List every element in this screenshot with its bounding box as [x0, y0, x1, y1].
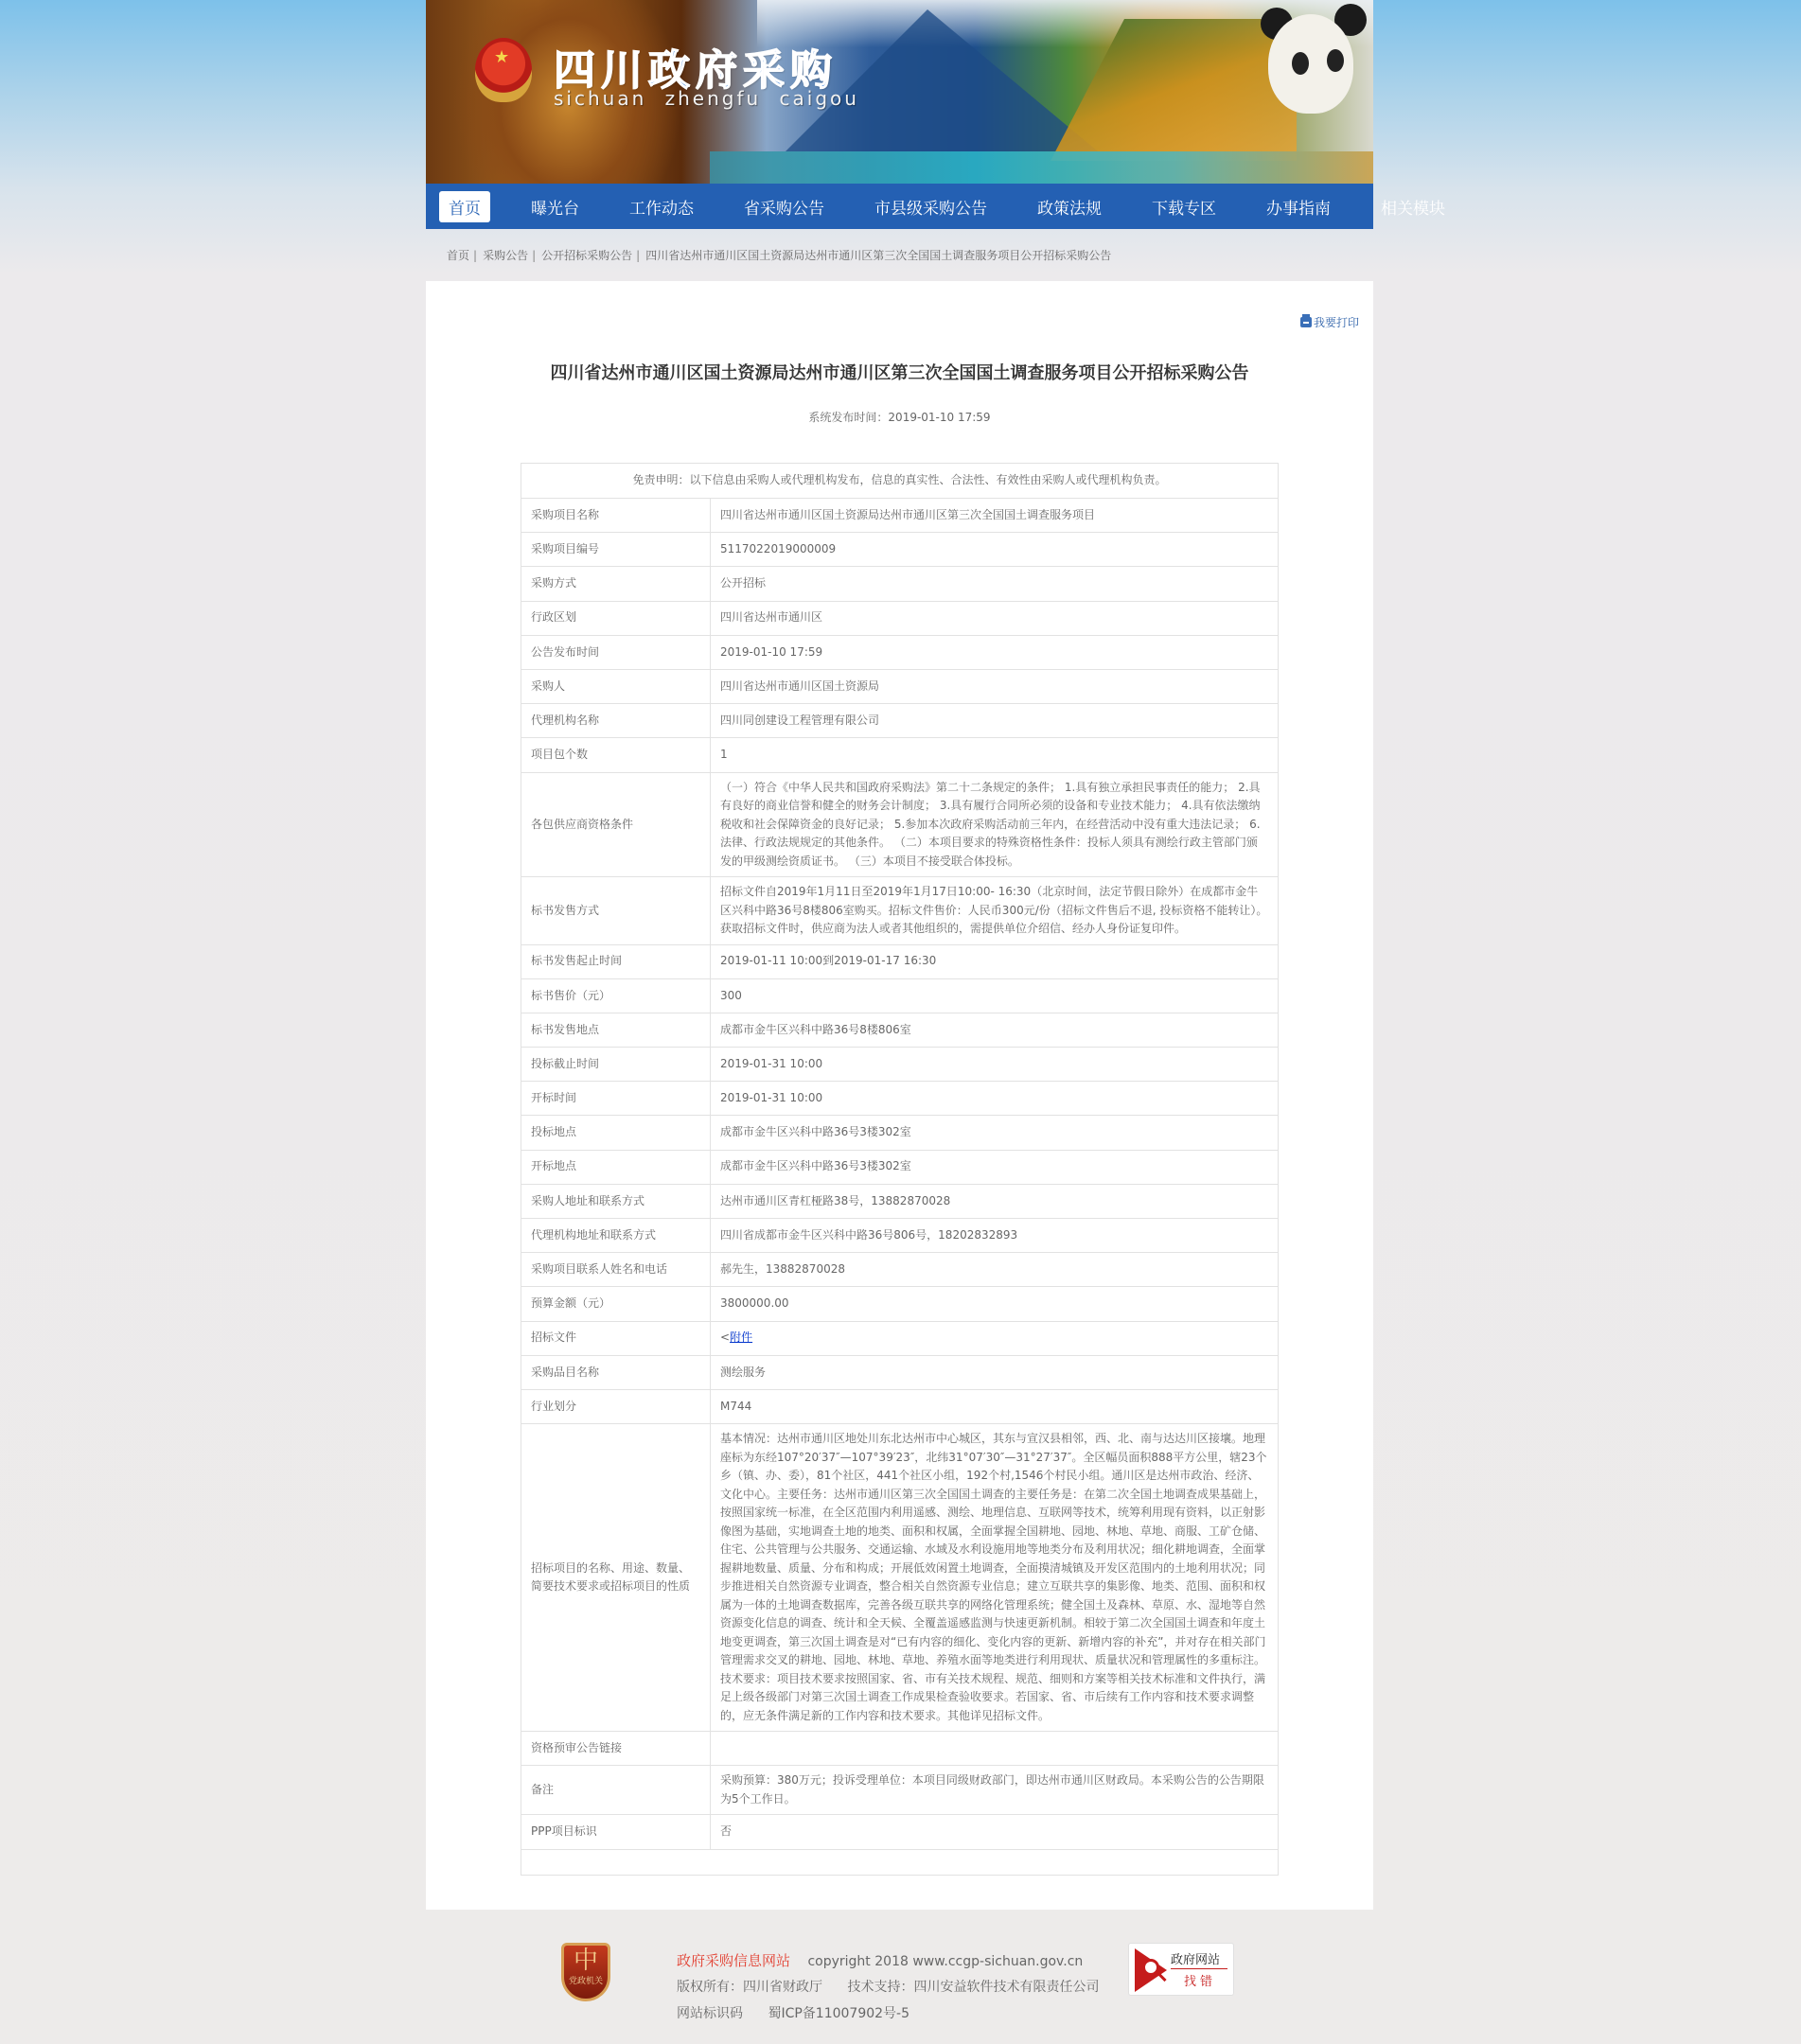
row-value: <附件 [711, 1321, 1279, 1355]
row-label: 项目包个数 [521, 738, 711, 772]
breadcrumb: 首页 | 采购公告 | 公开招标采购公告 | 四川省达州市通川区国土资源局达州市… [426, 229, 1373, 281]
page-container: ★ 四川政府采购 sichuan zhengfu caigou 首页 曝光台 工… [426, 0, 1373, 2037]
table-row: 代理机构名称四川同创建设工程管理有限公司 [521, 704, 1279, 738]
table-row: 采购人地址和联系方式达州市通川区青杠桠路38号，13882870028 [521, 1184, 1279, 1218]
table-row: 投标截止时间2019-01-31 10:00 [521, 1048, 1279, 1082]
table-row: 行政区划四川省达州市通川区 [521, 601, 1279, 635]
main-nav: 首页 曝光台 工作动态 省采购公告 市县级采购公告 政策法规 下载专区 办事指南… [426, 184, 1373, 229]
nav-item-downloads[interactable]: 下载专区 [1142, 191, 1226, 222]
row-label: 采购方式 [521, 567, 711, 601]
footer-copyright: copyright 2018 www.ccgp-sichuan.gov.cn [807, 1954, 1083, 1969]
row-value: （一）符合《中华人民共和国政府采购法》第二十二条规定的条件； 1.具有独立承担民… [711, 772, 1279, 877]
row-label: 采购项目编号 [521, 533, 711, 567]
row-label: 预算金额（元） [521, 1287, 711, 1321]
row-label: 标书售价（元） [521, 978, 711, 1013]
print-label: 我要打印 [1314, 314, 1359, 330]
row-value: 郝先生，13882870028 [711, 1253, 1279, 1287]
nav-item-related-modules[interactable]: 相关模块 [1371, 191, 1455, 222]
row-value: M744 [711, 1389, 1279, 1423]
footer-site-id: 网站标识码 [677, 2006, 743, 2021]
nav-item-home[interactable]: 首页 [439, 191, 490, 222]
national-emblem-icon: ★ [475, 38, 532, 102]
row-label: 采购项目联系人姓名和电话 [521, 1253, 711, 1287]
row-value: 四川省达州市通川区 [711, 601, 1279, 635]
breadcrumb-separator: | [473, 249, 477, 262]
panda-image [1240, 0, 1373, 142]
row-label: 开标时间 [521, 1082, 711, 1116]
table-footer-row [521, 1849, 1279, 1875]
row-value: 采购预算：380万元；投诉受理单位：本项目同级财政部门，即达州市通川区财政局。本… [711, 1766, 1279, 1815]
footer-tech-support: 技术支持：四川安益软件技术有限责任公司 [847, 1980, 1099, 1995]
row-label: 采购人地址和联系方式 [521, 1184, 711, 1218]
row-label: 标书发售起止时间 [521, 944, 711, 978]
table-row: 投标地点成都市金牛区兴科中路36号3楼302室 [521, 1116, 1279, 1150]
row-value: 1 [711, 738, 1279, 772]
breadcrumb-separator: | [636, 249, 640, 262]
row-value: 否 [711, 1815, 1279, 1849]
table-row: 项目包个数1 [521, 738, 1279, 772]
row-value: 300 [711, 978, 1279, 1013]
row-value: 基本情况：达州市通川区地处川东北达州市中心城区，其东与宣汉县相邻，西、北、南与达… [711, 1424, 1279, 1732]
row-label: 公告发布时间 [521, 635, 711, 669]
table-row: 预算金额（元）3800000.00 [521, 1287, 1279, 1321]
row-label: 开标地点 [521, 1150, 711, 1184]
row-value: 成都市金牛区兴科中路36号3楼302室 [711, 1150, 1279, 1184]
table-row: 开标地点成都市金牛区兴科中路36号3楼302室 [521, 1150, 1279, 1184]
table-row: 采购项目联系人姓名和电话郝先生，13882870028 [521, 1253, 1279, 1287]
table-row: 公告发布时间2019-01-10 17:59 [521, 635, 1279, 669]
table-row: 招标项目的名称、用途、数量、简要技术要求或招标项目的性质基本情况：达州市通川区地… [521, 1424, 1279, 1732]
row-label: 代理机构名称 [521, 704, 711, 738]
magnifier-icon [1142, 1959, 1159, 1976]
nav-item-guide[interactable]: 办事指南 [1257, 191, 1340, 222]
breadcrumb-procurement-notices[interactable]: 采购公告 [483, 247, 528, 263]
article-title: 四川省达州市通川区国土资源局达州市通川区第三次全国国土调查服务项目公开招标采购公… [426, 360, 1373, 384]
footer-site-name: 政府采购信息网站 [677, 1952, 790, 1969]
row-label: PPP项目标识 [521, 1815, 711, 1849]
row-label: 资格预审公告链接 [521, 1732, 711, 1766]
table-row: 开标时间2019-01-31 10:00 [521, 1082, 1279, 1116]
row-label: 投标截止时间 [521, 1048, 711, 1082]
row-label: 招标文件 [521, 1321, 711, 1355]
nav-item-exposure[interactable]: 曝光台 [521, 191, 589, 222]
table-row: 采购人四川省达州市通川区国土资源局 [521, 669, 1279, 703]
row-label: 采购品目名称 [521, 1355, 711, 1389]
table-row: 行业划分M744 [521, 1389, 1279, 1423]
row-label: 行业划分 [521, 1389, 711, 1423]
row-value: 2019-01-10 17:59 [711, 635, 1279, 669]
site-subtitle: sichuan zhengfu caigou [554, 87, 859, 110]
site-banner: ★ 四川政府采购 sichuan zhengfu caigou [426, 0, 1373, 184]
row-label: 标书发售地点 [521, 1013, 711, 1047]
row-label: 采购人 [521, 669, 711, 703]
footer: 中 党政机关 政府采购信息网站 copyright 2018 www.ccgp-… [426, 1910, 1373, 2037]
breadcrumb-open-tender-notices[interactable]: 公开招标采购公告 [541, 247, 632, 263]
table-row: PPP项目标识否 [521, 1815, 1279, 1849]
row-value: 成都市金牛区兴科中路36号3楼302室 [711, 1116, 1279, 1150]
publish-time: 系统发布时间：2019-01-10 17:59 [426, 409, 1373, 425]
row-value: 四川省达州市通川区国土资源局 [711, 669, 1279, 703]
row-label: 备注 [521, 1766, 711, 1815]
footer-owner: 版权所有：四川省财政厅 [677, 1980, 822, 1995]
row-label: 代理机构地址和联系方式 [521, 1219, 711, 1253]
row-value: 2019-01-31 10:00 [711, 1082, 1279, 1116]
row-label: 投标地点 [521, 1116, 711, 1150]
row-value: 公开招标 [711, 567, 1279, 601]
row-value: 四川省达州市通川区国土资源局达州市通川区第三次全国国土调查服务项目 [711, 499, 1279, 533]
report-error-button[interactable]: 政府网站 找错 [1128, 1943, 1234, 1996]
disclaimer-text: 免责申明：以下信息由采购人或代理机构发布，信息的真实性、合法性、有效性由采购人或… [521, 464, 1279, 499]
row-label: 标书发售方式 [521, 877, 711, 945]
print-button[interactable]: 我要打印 [1300, 314, 1359, 330]
table-row: 标书发售地点成都市金牛区兴科中路36号8楼806室 [521, 1013, 1279, 1047]
table-row: 采购项目编号5117022019000009 [521, 533, 1279, 567]
table-row: 资格预审公告链接 [521, 1732, 1279, 1766]
nav-item-provincial-notices[interactable]: 省采购公告 [734, 191, 834, 222]
row-label: 行政区划 [521, 601, 711, 635]
party-government-badge-icon[interactable]: 中 党政机关 [561, 1943, 610, 2001]
row-label: 采购项目名称 [521, 499, 711, 533]
row-value: 5117022019000009 [711, 533, 1279, 567]
table-row: 标书售价（元）300 [521, 978, 1279, 1013]
footer-icp[interactable]: 蜀ICP备11007902号-5 [768, 2006, 909, 2021]
table-row: 代理机构地址和联系方式四川省成都市金牛区兴科中路36号806号，18202832… [521, 1219, 1279, 1253]
article-panel: 我要打印 四川省达州市通川区国土资源局达州市通川区第三次全国国土调查服务项目公开… [426, 281, 1373, 1910]
attachment-prefix: < [720, 1330, 730, 1344]
disclaimer-row: 免责申明：以下信息由采购人或代理机构发布，信息的真实性、合法性、有效性由采购人或… [521, 464, 1279, 499]
nav-item-policies[interactable]: 政策法规 [1028, 191, 1111, 222]
table-row: 招标文件<附件 [521, 1321, 1279, 1355]
attachment-link[interactable]: 附件 [730, 1330, 752, 1344]
table-row: 备注采购预算：380万元；投诉受理单位：本项目同级财政部门，即达州市通川区财政局… [521, 1766, 1279, 1815]
table-row: 采购品目名称测绘服务 [521, 1355, 1279, 1389]
table-row: 标书发售起止时间2019-01-11 10:00到2019-01-17 16:3… [521, 944, 1279, 978]
breadcrumb-separator: | [532, 249, 536, 262]
notice-info-table: 免责申明：以下信息由采购人或代理机构发布，信息的真实性、合法性、有效性由采购人或… [521, 463, 1279, 1876]
table-row: 采购项目名称四川省达州市通川区国土资源局达州市通川区第三次全国国土调查服务项目 [521, 499, 1279, 533]
nav-item-city-county-notices[interactable]: 市县级采购公告 [865, 191, 997, 222]
footer-info: 政府采购信息网站 copyright 2018 www.ccgp-sichuan… [677, 1947, 1099, 2027]
breadcrumb-current-page[interactable]: 四川省达州市通川区国土资源局达州市通川区第三次全国国土调查服务项目公开招标采购公… [645, 247, 1111, 263]
table-row: 采购方式公开招标 [521, 567, 1279, 601]
table-row: 标书发售方式招标文件自2019年1月11日至2019年1月17日10:00- 1… [521, 877, 1279, 945]
table-row: 各包供应商资格条件（一）符合《中华人民共和国政府采购法》第二十二条规定的条件； … [521, 772, 1279, 877]
row-value: 3800000.00 [711, 1287, 1279, 1321]
row-value: 测绘服务 [711, 1355, 1279, 1389]
row-value: 成都市金牛区兴科中路36号8楼806室 [711, 1013, 1279, 1047]
row-value: 2019-01-11 10:00到2019-01-17 16:30 [711, 944, 1279, 978]
printer-icon [1300, 317, 1312, 327]
row-value: 招标文件自2019年1月11日至2019年1月17日10:00- 16:30（北… [711, 877, 1279, 945]
nav-item-work-news[interactable]: 工作动态 [620, 191, 703, 222]
row-label: 招标项目的名称、用途、数量、简要技术要求或招标项目的性质 [521, 1424, 711, 1732]
row-value: 达州市通川区青杠桠路38号，13882870028 [711, 1184, 1279, 1218]
row-value: 四川同创建设工程管理有限公司 [711, 704, 1279, 738]
row-value: 2019-01-31 10:00 [711, 1048, 1279, 1082]
breadcrumb-home[interactable]: 首页 [447, 247, 469, 263]
row-value [711, 1732, 1279, 1766]
row-value: 四川省成都市金牛区兴科中路36号806号，18202832893 [711, 1219, 1279, 1253]
row-label: 各包供应商资格条件 [521, 772, 711, 877]
